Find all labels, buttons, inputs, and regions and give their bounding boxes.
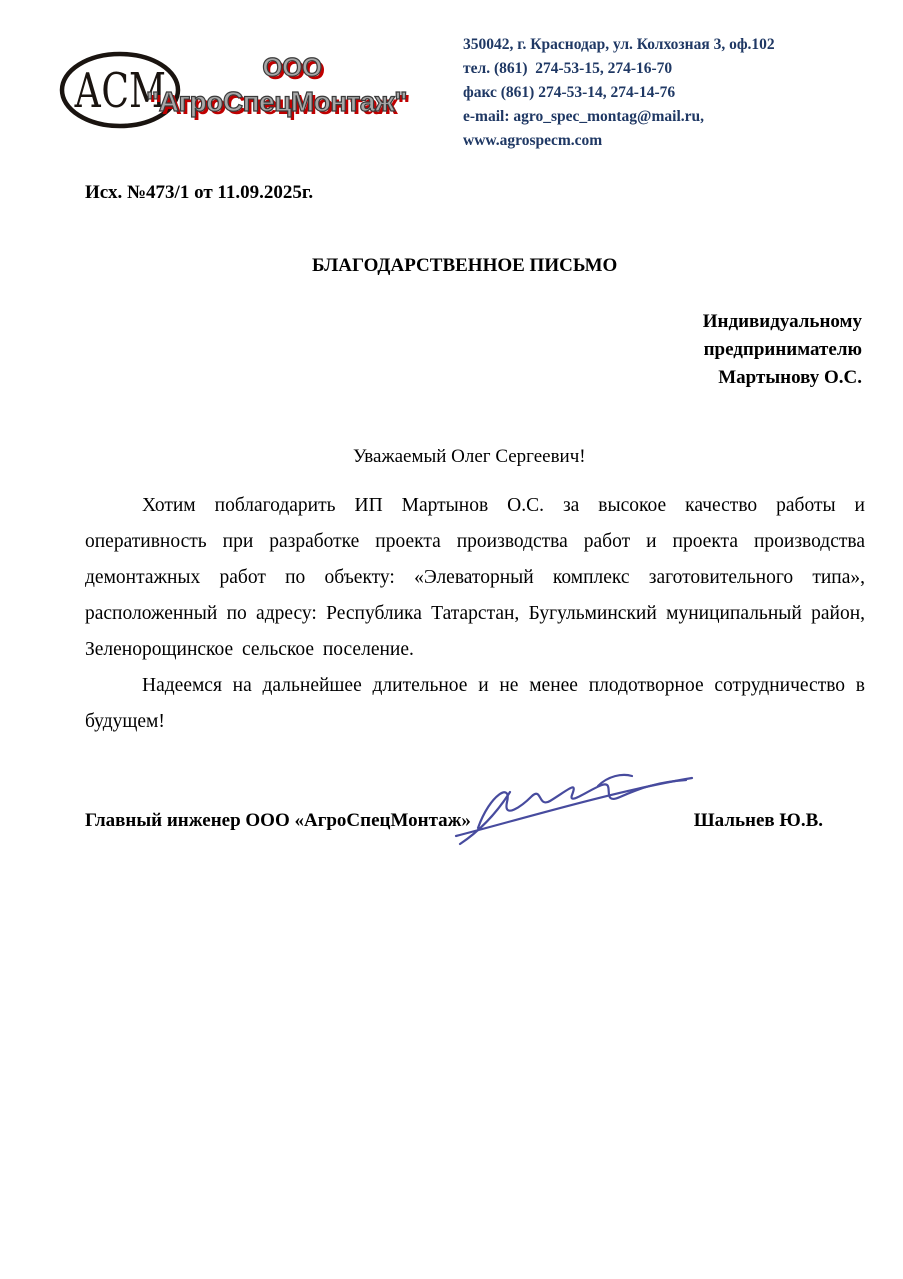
signer-position-label: Главный инженер ООО «АгроСпецМонтаж»: [85, 810, 471, 832]
contact-address: 350042, г. Краснодар, ул. Колхозная 3, о…: [463, 33, 883, 57]
letter-body: Хотим поблагодарить ИП Мартынов О.С. за …: [85, 488, 865, 740]
salutation: Уважаемый Олег Сергеевич!: [353, 446, 586, 468]
signer-name: Шальнев Ю.В.: [694, 810, 823, 832]
recipient-line: Индивидуальному: [560, 308, 862, 336]
recipient-line: предпринимателю: [560, 336, 862, 364]
contact-fax: факс (861) 274-53-14, 274-14-76: [463, 81, 883, 105]
page-title: БЛАГОДАРСТВЕННОЕ ПИСЬМО: [312, 255, 617, 277]
body-paragraph: Хотим поблагодарить ИП Мартынов О.С. за …: [85, 488, 865, 668]
handwritten-signature-icon: [448, 762, 704, 854]
reference-number: Исх. №473/1 от 11.09.2025г.: [85, 182, 313, 204]
contact-block: 350042, г. Краснодар, ул. Колхозная 3, о…: [463, 33, 883, 153]
org-name-label: "АгроСпецМонтаж": [146, 86, 407, 118]
recipient-block: Индивидуальному предпринимателю Мартынов…: [560, 308, 862, 392]
contact-email: e-mail: agro_spec_montag@mail.ru,: [463, 105, 883, 129]
recipient-line: Мартынову О.С.: [560, 364, 862, 392]
contact-phone: тел. (861) 274-53-15, 274-16-70: [463, 57, 883, 81]
letter-page: АСМ ООО "АгроСпецМонтаж" 350042, г. Крас…: [0, 0, 903, 1279]
org-type-label: ООО: [237, 52, 347, 83]
contact-website: www.agrospecm.com: [463, 129, 883, 153]
body-paragraph: Надеемся на дальнейшее длительное и не м…: [85, 668, 865, 740]
